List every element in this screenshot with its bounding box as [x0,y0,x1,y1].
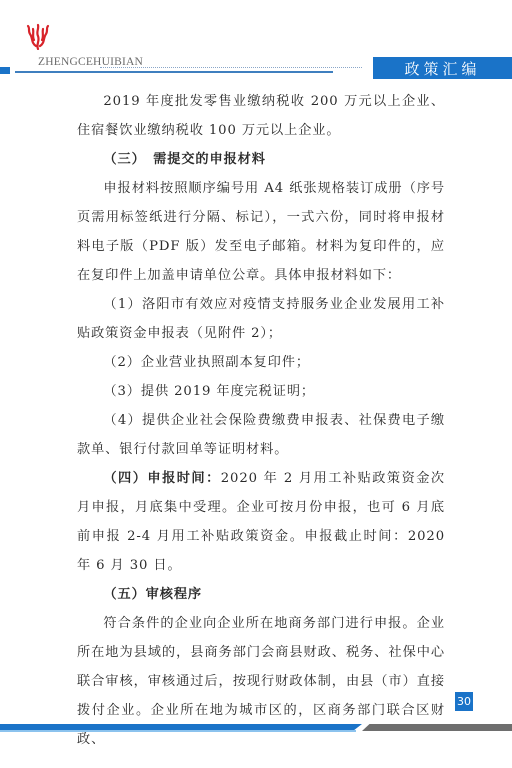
section-title-badge: 政策汇编 [373,57,512,79]
footer-light-stripe [0,730,356,732]
list-item: （1）洛阳市有效应对疫情支持服务业企业发展用工补贴政策资金申报表（见附件 2）； [77,290,445,348]
header-rule [15,71,333,73]
paragraph: 申报材料按照顺序编号用 A4 纸张规格装订成册（序号页需用标签纸进行分隔、标记）… [77,174,445,290]
inline-heading: （四）申报时间： [103,471,220,486]
header-accent-square [0,67,10,74]
paragraph: 符合条件的企业向企业所在地商务部门进行申报。企业所在地为县域的，县商务部门会商县… [77,609,445,754]
list-item: （3）提供 2019 年度完税证明； [77,377,445,406]
red-flame-logo-icon [25,22,51,50]
list-item: （4）提供企业社会保险费缴费申报表、社保费电子缴款单、银行付款回单等证明材料。 [77,406,445,464]
paragraph: 2019 年度批发零售业缴纳税收 200 万元以上企业、住宿餐饮业缴纳税收 10… [77,87,445,145]
paragraph-text: 2020 年 2 月用工补贴政策资金次月申报，月底集中受理。企业可按月份申报，也… [77,471,445,573]
section-heading: （五）审核程序 [77,580,445,609]
list-item: （2）企业营业执照副本复印件； [77,348,445,377]
section-heading: （三） 需提交的申报材料 [77,145,445,174]
paragraph: （四）申报时间：2020 年 2 月用工补贴政策资金次月申报，月底集中受理。企业… [77,464,445,580]
header-dotted-rule [100,67,362,68]
footer-gray-bar [362,724,512,731]
document-body: 2019 年度批发零售业缴纳税收 200 万元以上企业、住宿餐饮业缴纳税收 10… [77,87,445,754]
page-number: 30 [455,692,473,711]
